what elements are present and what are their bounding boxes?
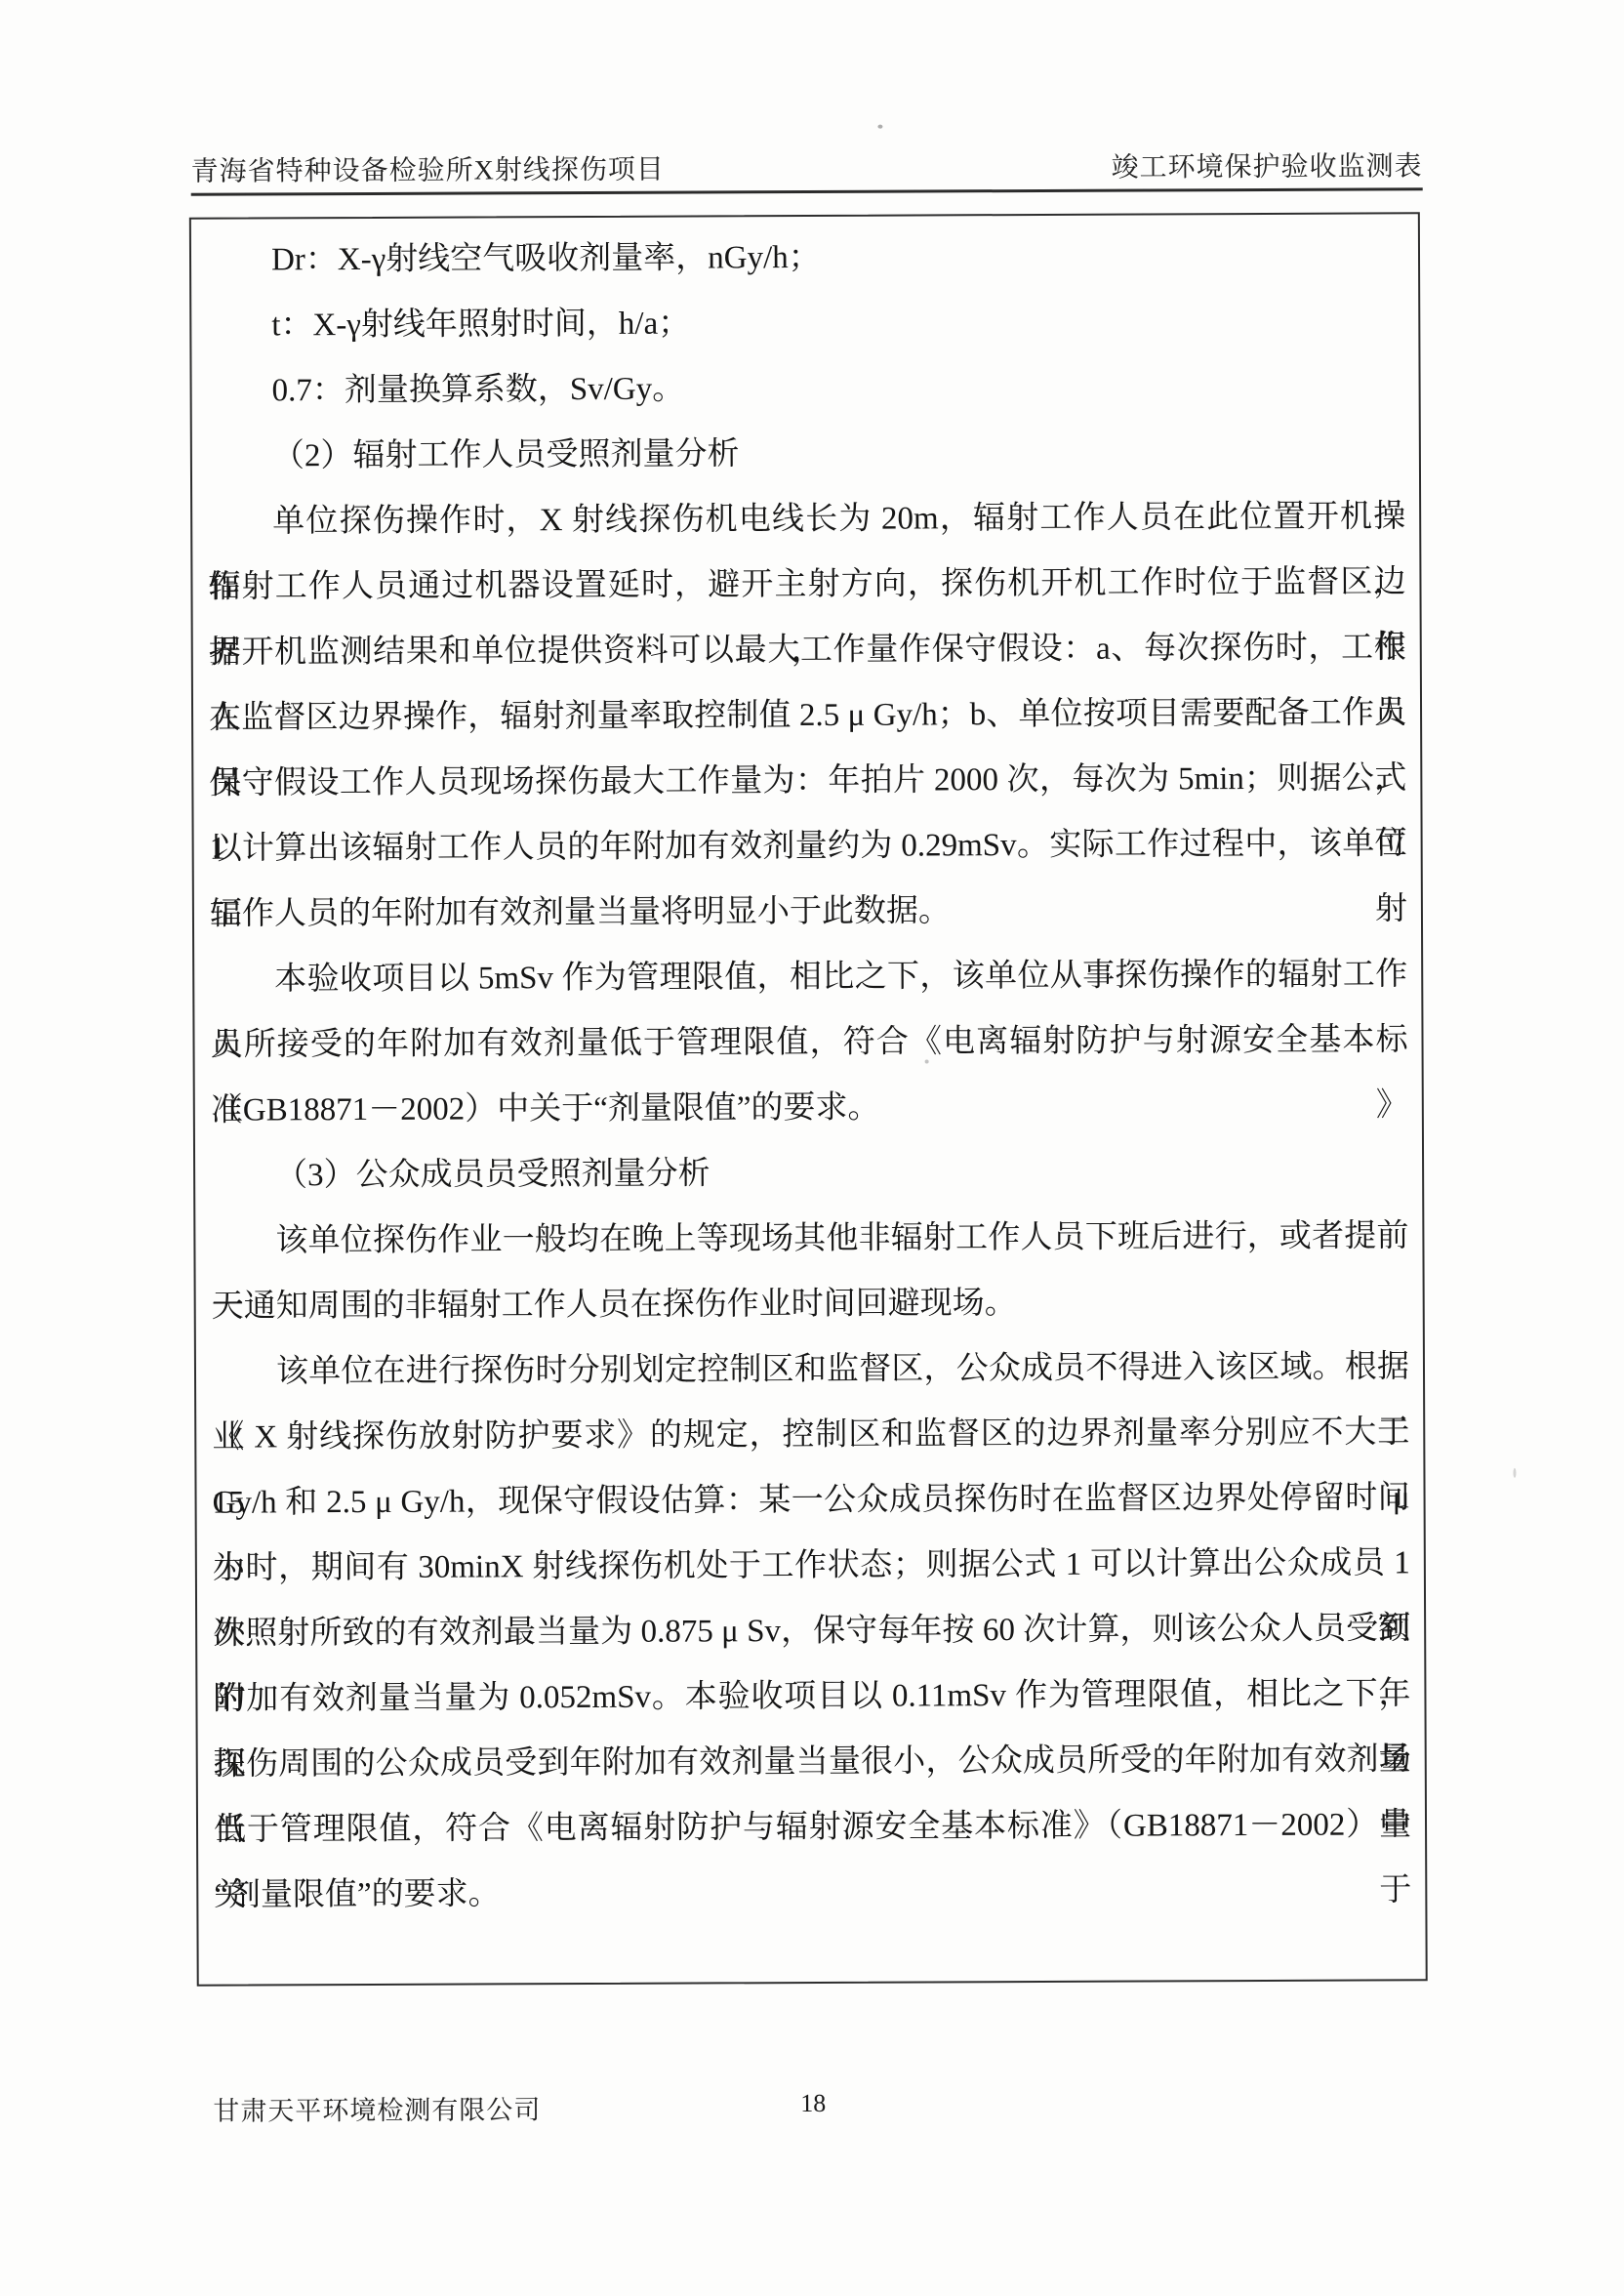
footer-company-name: 甘肃天平环境检测有限公司 [213, 2088, 541, 2127]
text-line: Gy/h 和 2.5 μ Gy/h，现保守假设估算：某一公众成员探伤时在监督区边… [212, 1465, 1409, 1536]
text-line: t：X-γ射线年照射时间，h/a； [207, 288, 1404, 358]
text-line: 探伤周围的公众成员受到年附加有效剂量当量很小，公众成员所受的年附加有效剂量当量 [214, 1727, 1411, 1797]
text-line: 该单位在进行探伤时分别划定控制区和监督区，公众成员不得进入该区域。根据《工 [212, 1334, 1409, 1405]
text-line: 单位探伤操作时，X 射线探伤机电线长为 20m，辐射工作人员在此位置开机操作， [208, 484, 1405, 554]
text-line: 在监督区边界操作，辐射剂量率取控制值 2.5 μ Gy/h；b、单位按项目需要配… [209, 680, 1406, 751]
text-line: 低于管理限值，符合《电离辐射防护与辐射源安全基本标准》（GB18871－2002… [214, 1792, 1411, 1863]
content-box: Dr：X-γ射线空气吸收剂量率，nGy/h； t：X-γ射线年照射时间，h/a；… [189, 212, 1428, 1986]
page-header: 青海省特种设备检验所X射线探伤项目 竣工环境保护验收监测表 [191, 145, 1423, 196]
text-line: 0.7：剂量换算系数，Sv/Gy。 [207, 353, 1404, 424]
text-line: 小时，期间有 30minX 射线探伤机处于工作状态；则据公式 1 可以计算出公众… [213, 1531, 1410, 1601]
text-line: 附加有效剂量当量为 0.052mSv。本验收项目以 0.11mSv 作为管理限值… [213, 1661, 1410, 1732]
text-line: 据开机监测结果和单位提供资料可以最大工作量作保守假设：a、每次探伤时，工作人员 [209, 615, 1406, 685]
header-left-title: 青海省特种设备检验所X射线探伤项目 [191, 148, 665, 189]
text-line: 该单位探伤作业一般均在晚上等现场其他非辐射工作人员下班后进行，或者提前一 [211, 1204, 1408, 1274]
text-line: 业 X 射线探伤放射防护要求》的规定，控制区和监督区的边界剂量率分别应不大于 1… [212, 1400, 1409, 1470]
scanned-document-page: 青海省特种设备检验所X射线探伤项目 竣工环境保护验收监测表 Dr：X-γ射线空气… [0, 0, 1624, 2296]
text-line: 员所接受的年附加有效剂量低于管理限值，符合《电离辐射防护与射源安全基本标准》 [210, 1007, 1407, 1078]
section-heading: （2）辐射工作人员受照剂量分析 [208, 419, 1405, 489]
scan-area: 青海省特种设备检验所X射线探伤项目 竣工环境保护验收监测表 Dr：X-γ射线空气… [0, 0, 1624, 2296]
scan-speck [1513, 1468, 1516, 1478]
page-number: 18 [800, 2089, 826, 2118]
scan-speck [877, 125, 882, 129]
header-right-title: 竣工环境保护验收监测表 [1112, 144, 1423, 184]
page-footer: 甘肃天平环境检测有限公司 18 [199, 2084, 1431, 2133]
text-line: 天通知周围的非辐射工作人员在探伤作业时间回避现场。 [212, 1269, 1409, 1339]
text-line: 本验收项目以 5mSv 作为管理限值，相比之下，该单位从事探伤操作的辐射工作人 [210, 942, 1407, 1012]
text-line: 保守假设工作人员现场探伤最大工作量为：年拍片 2000 次，每次为 5min；则… [209, 746, 1406, 816]
scan-speck [925, 1059, 929, 1063]
text-line: 辐射工作人员通过机器设置延时，避开主射方向，探伤机开机工作时位于监督区边界，根 [208, 550, 1405, 620]
text-line: Dr：X-γ射线空气吸收剂量率，nGy/h； [207, 223, 1404, 293]
text-line: 外照射所致的有效剂最当量为 0.875 μ Sv，保守每年按 60 次计算，则该… [213, 1596, 1410, 1666]
text-line: 以计算出该辐射工作人员的年附加有效剂量约为 0.29mSv。实际工作过程中，该单… [210, 811, 1407, 881]
section-heading: （3）公众成员员受照剂量分析 [211, 1138, 1408, 1209]
